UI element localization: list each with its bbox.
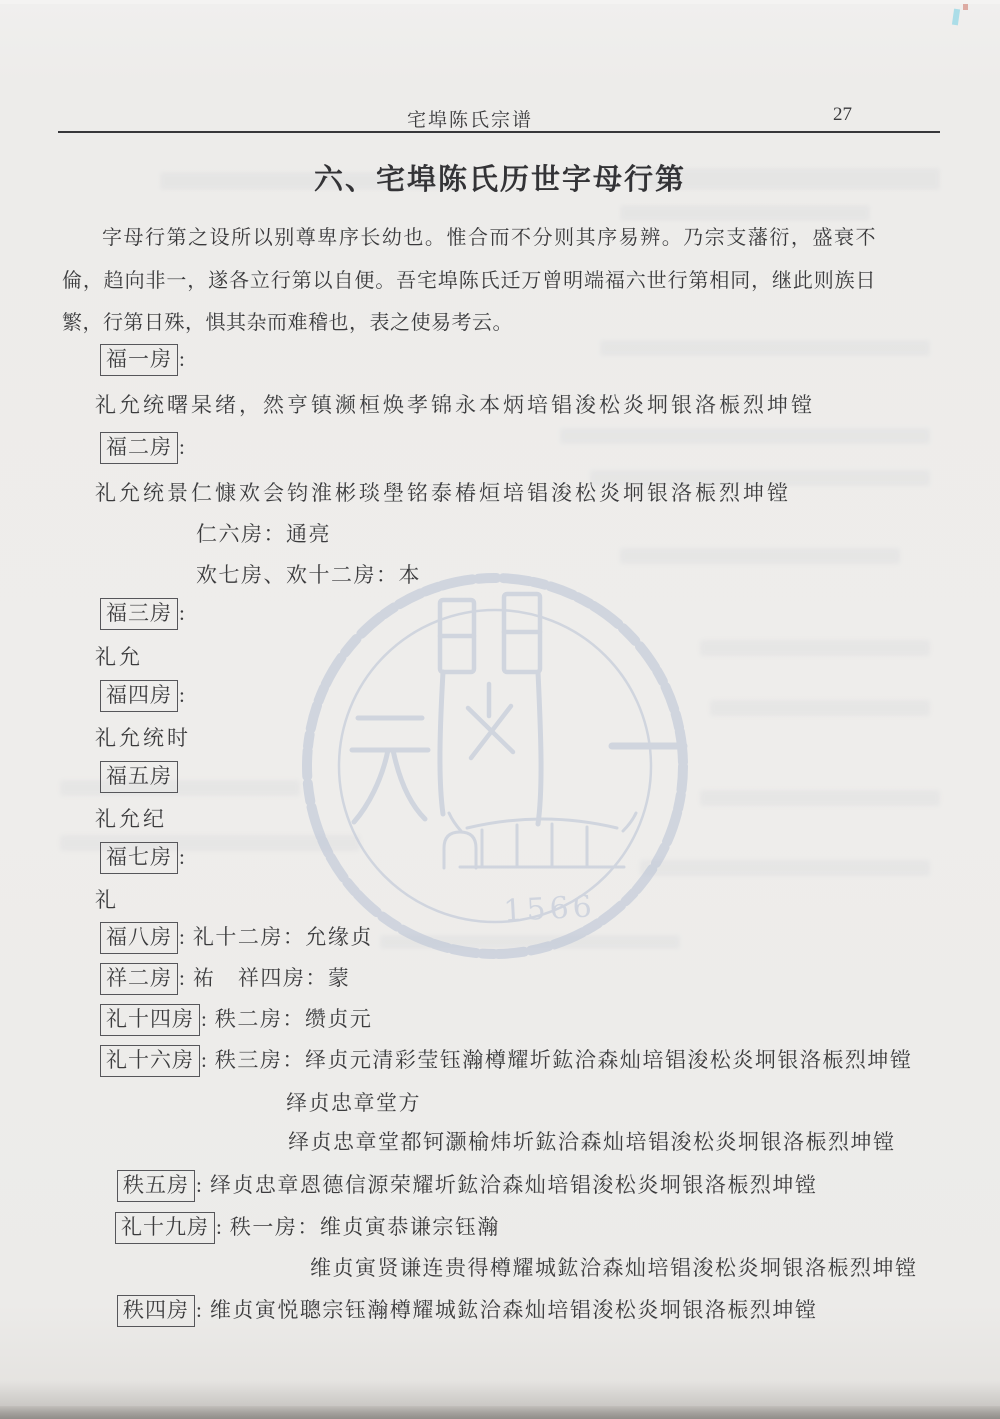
entry-row: 绎贞忠章堂都钶灏榆炜圻鈜洽森灿培锠浚松炎坰银洛桭烈坤镗 xyxy=(288,1126,896,1156)
entry-row: 福四房: xyxy=(100,680,193,712)
label-colon: : xyxy=(179,683,185,707)
entry-row: 仁六房：通亮 xyxy=(196,518,331,548)
label-colon: : xyxy=(179,845,185,869)
scanned-genealogy-page: 1566 宅埠陈氏宗谱 27 六、宅埠陈氏历世字母行第 字母行第之设所以别尊卑序… xyxy=(0,0,1000,1419)
generation-characters: 绎贞忠章堂方 xyxy=(286,1091,421,1115)
room-label-box: 福四房 xyxy=(100,680,178,712)
label-colon: : xyxy=(196,1298,202,1322)
room-label-box: 福一房 xyxy=(100,344,178,376)
entry-row: 礼十四房:秩二房：缵贞元 xyxy=(100,1003,372,1036)
generation-characters: 礼允统时 xyxy=(95,726,191,750)
entry-row: 礼允 xyxy=(95,641,143,671)
room-label-box: 礼十四房 xyxy=(100,1004,200,1036)
entry-row: 福五房 xyxy=(100,761,178,793)
entry-row: 福七房: xyxy=(100,842,193,874)
room-label-box: 秩四房 xyxy=(117,1295,195,1327)
entry-row: 礼允统时 xyxy=(95,722,191,752)
generation-characters: 绎贞忠章堂都钶灏榆炜圻鈜洽森灿培锠浚松炎坰银洛桭烈坤镗 xyxy=(288,1130,896,1154)
generation-characters: 礼允统曙杲绪，然亨镇濒桓焕孝锦永本炳培锠浚松炎坰银洛桭烈坤镗 xyxy=(95,393,815,417)
page-bleed-through xyxy=(60,780,300,796)
label-colon: : xyxy=(179,435,185,459)
label-colon: : xyxy=(179,966,185,990)
label-colon: : xyxy=(201,1048,207,1072)
room-label-box: 礼十九房 xyxy=(115,1212,215,1244)
entry-row: 福一房: xyxy=(100,344,193,376)
sub-branch-note: 仁六房：通亮 xyxy=(196,522,331,546)
entry-row: 欢七房、欢十二房：本 xyxy=(196,559,421,589)
label-colon: : xyxy=(179,347,185,371)
room-label-box: 福五房 xyxy=(100,761,178,793)
running-header-book-title: 宅埠陈氏宗谱 xyxy=(0,105,940,132)
scan-speck-red xyxy=(963,4,968,10)
entry-row: 福三房: xyxy=(100,598,193,630)
page-number: 27 xyxy=(833,104,852,126)
label-colon: : xyxy=(196,1173,202,1197)
generation-characters: 礼允纪 xyxy=(95,807,167,831)
scan-bottom-shadow xyxy=(0,1381,1000,1407)
generation-characters: 礼允统景仁慷欢会钧淮彬琰壆铭泰椿烜培锠浚松炎坰银洛桭烈坤镗 xyxy=(95,481,791,505)
room-label-box: 秩五房 xyxy=(117,1170,195,1202)
label-colon: : xyxy=(179,925,185,949)
entry-row: 礼十六房:秩三房：绎贞元清彩莹钰瀚樽耀圻鈜洽森灿培锠浚松炎坰银洛桭烈坤镗 xyxy=(100,1044,912,1077)
page-bleed-through xyxy=(560,428,930,444)
generation-characters: 秩三房：绎贞元清彩莹钰瀚樽耀圻鈜洽森灿培锠浚松炎坰银洛桭烈坤镗 xyxy=(215,1048,913,1072)
entry-row: 礼允统景仁慷欢会钧淮彬琰壆铭泰椿烜培锠浚松炎坰银洛桭烈坤镗 xyxy=(95,477,791,507)
page-bleed-through xyxy=(620,548,900,564)
generation-characters: 绎贞忠章恩德信源荣耀圻鈜洽森灿培锠浚松炎坰银洛桭烈坤镗 xyxy=(210,1173,818,1197)
entry-row: 福二房: xyxy=(100,432,193,464)
sub-branch-note: 欢七房、欢十二房：本 xyxy=(196,563,421,587)
watermark-seal: 1566 xyxy=(292,566,702,966)
entry-row: 维贞寅贤谦连贵得樽耀城鈜洽森灿培锠浚松炎坰银洛桭烈坤镗 xyxy=(310,1252,918,1282)
header-divider xyxy=(58,131,940,133)
seal-year: 1566 xyxy=(503,889,597,929)
generation-characters: 礼十二房：允缘贞 xyxy=(193,925,373,949)
generation-characters: 礼允 xyxy=(95,645,143,669)
room-label-box: 福二房 xyxy=(100,432,178,464)
intro-paragraph: 字母行第之设所以别尊卑序长幼也。惟合而不分则其序易辨。乃宗支藩衍，盛衰不倫，趋向… xyxy=(62,217,876,345)
entry-row: 秩五房:绎贞忠章恩德信源荣耀圻鈜洽森灿培锠浚松炎坰银洛桭烈坤镗 xyxy=(117,1169,817,1202)
room-label-box: 福八房 xyxy=(100,922,178,954)
scan-speck-cyan xyxy=(952,9,960,26)
seal-glyph-tian xyxy=(352,718,428,822)
entry-row: 礼允统曙杲绪，然亨镇濒桓焕孝锦永本炳培锠浚松炎坰银洛桭烈坤镗 xyxy=(95,389,815,419)
label-colon: : xyxy=(216,1215,222,1239)
room-label-box: 福七房 xyxy=(100,842,178,874)
seal-outer-ring xyxy=(307,578,683,954)
room-label-box: 祥二房 xyxy=(100,963,178,995)
entry-row: 礼十九房:秩一房：维贞寅恭谦宗钰瀚 xyxy=(115,1211,500,1244)
label-colon: : xyxy=(179,601,185,625)
label-colon: : xyxy=(201,1007,207,1031)
generation-characters: 秩一房：维贞寅恭谦宗钰瀚 xyxy=(230,1215,500,1239)
generation-characters: 礼 xyxy=(95,888,119,912)
generation-characters: 维贞寅悦聰宗钰瀚樽耀城鈜洽森灿培锠浚松炎坰银洛桭烈坤镗 xyxy=(210,1298,818,1322)
scan-top-edge xyxy=(0,0,1000,4)
scan-bottom-edge xyxy=(0,1406,1000,1419)
page-bleed-through xyxy=(700,640,930,656)
entry-row: 绎贞忠章堂方 xyxy=(286,1087,421,1117)
generation-characters: 秩二房：缵贞元 xyxy=(215,1007,373,1031)
page-bleed-through xyxy=(710,700,930,716)
section-title: 六、宅埠陈氏历世字母行第 xyxy=(0,157,1000,198)
room-label-box: 福三房 xyxy=(100,598,178,630)
entry-row: 礼允纪 xyxy=(95,803,167,833)
entry-row: 福八房:礼十二房：允缘贞 xyxy=(100,921,373,954)
entry-row: 秩四房:维贞寅悦聰宗钰瀚樽耀城鈜洽森灿培锠浚松炎坰银洛桭烈坤镗 xyxy=(117,1294,817,1327)
generation-characters: 祐 祥四房：蒙 xyxy=(193,966,351,990)
entry-row: 祥二房:祐 祥四房：蒙 xyxy=(100,962,350,995)
room-label-box: 礼十六房 xyxy=(100,1045,200,1077)
seal-glyph-ge xyxy=(440,594,541,824)
generation-characters: 维贞寅贤谦连贵得樽耀城鈜洽森灿培锠浚松炎坰银洛桭烈坤镗 xyxy=(310,1256,918,1280)
entry-row: 礼 xyxy=(95,884,119,914)
page-bleed-through xyxy=(700,790,940,806)
